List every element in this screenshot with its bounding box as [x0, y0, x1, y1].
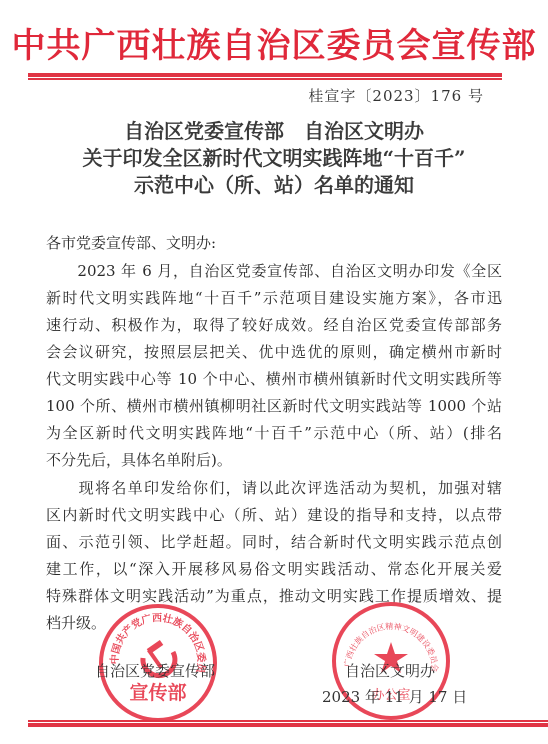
body-line: 速行动、积极作为，取得了较好成效。经自治区党委宣传部部务 [46, 315, 502, 335]
signature-left-org: 自治区党委宣传部 [95, 660, 215, 681]
body-line: 不分先后，具体名单附后)。 [46, 450, 502, 470]
title-line-1: 自治区党委宣传部 自治区文明办 [0, 118, 548, 144]
header-red-rule [28, 73, 502, 77]
signature-date: 2023 年 11 月 17 日 [322, 686, 467, 707]
body-line: 现将名单印发给你们，请以此次评选活动为契机，加强对辖 [46, 478, 502, 498]
signature-right-org: 自治区文明办 [345, 660, 435, 681]
body-line: 100 个所、横州市横州镇柳明社区新时代文明实践站等 1000 个站 [46, 396, 502, 416]
footer-red-rule-thin [28, 720, 548, 722]
body-line: 为全区新时代文明实践阵地“十百千”示范中心（所、站）(排名 [46, 423, 502, 443]
salutation: 各市党委宣传部、文明办: [46, 233, 502, 253]
title-line-3: 示范中心（所、站）名单的通知 [0, 172, 548, 198]
body-line: 建工作，以“深入开展移风易俗文明实践活动、常态化开展关爱 [46, 559, 502, 579]
body-line: 新时代文明实践阵地“十百千”示范项目建设实施方案》，各市迅 [46, 288, 502, 308]
body-line: 会会议研究，按照层层把关、优中选优的原则，确定横州市新时 [46, 342, 502, 362]
body-line: 区内新时代文明实践中心（所、站）建设的指导和支持，以点带 [46, 505, 502, 525]
masthead-title: 中共广西壮族自治区委员会宣传部 [0, 26, 548, 66]
body-line: 特殊群体文明实践活动”为重点，推动文明实践工作提质增效、提 [46, 586, 502, 606]
title-line-2: 关于印发全区新时代文明实践阵地“十百千” [0, 145, 548, 171]
body-line: 2023 年 6 月，自治区党委宣传部、自治区文明办印发《全区 [46, 261, 502, 281]
body-line: 面、示范引领、比学赶超。同时，结合新时代文明实践示范点创 [46, 532, 502, 552]
stamp-center-text: 宣传部 [103, 678, 213, 705]
header-red-rule-thin [28, 78, 502, 80]
body-line: 代文明实践中心等 10 个中心、横州市横州镇新时代文明实践所等 [46, 369, 502, 389]
document-number: 桂宣字〔2023〕176 号 [308, 85, 484, 106]
footer-red-rule [28, 723, 548, 727]
